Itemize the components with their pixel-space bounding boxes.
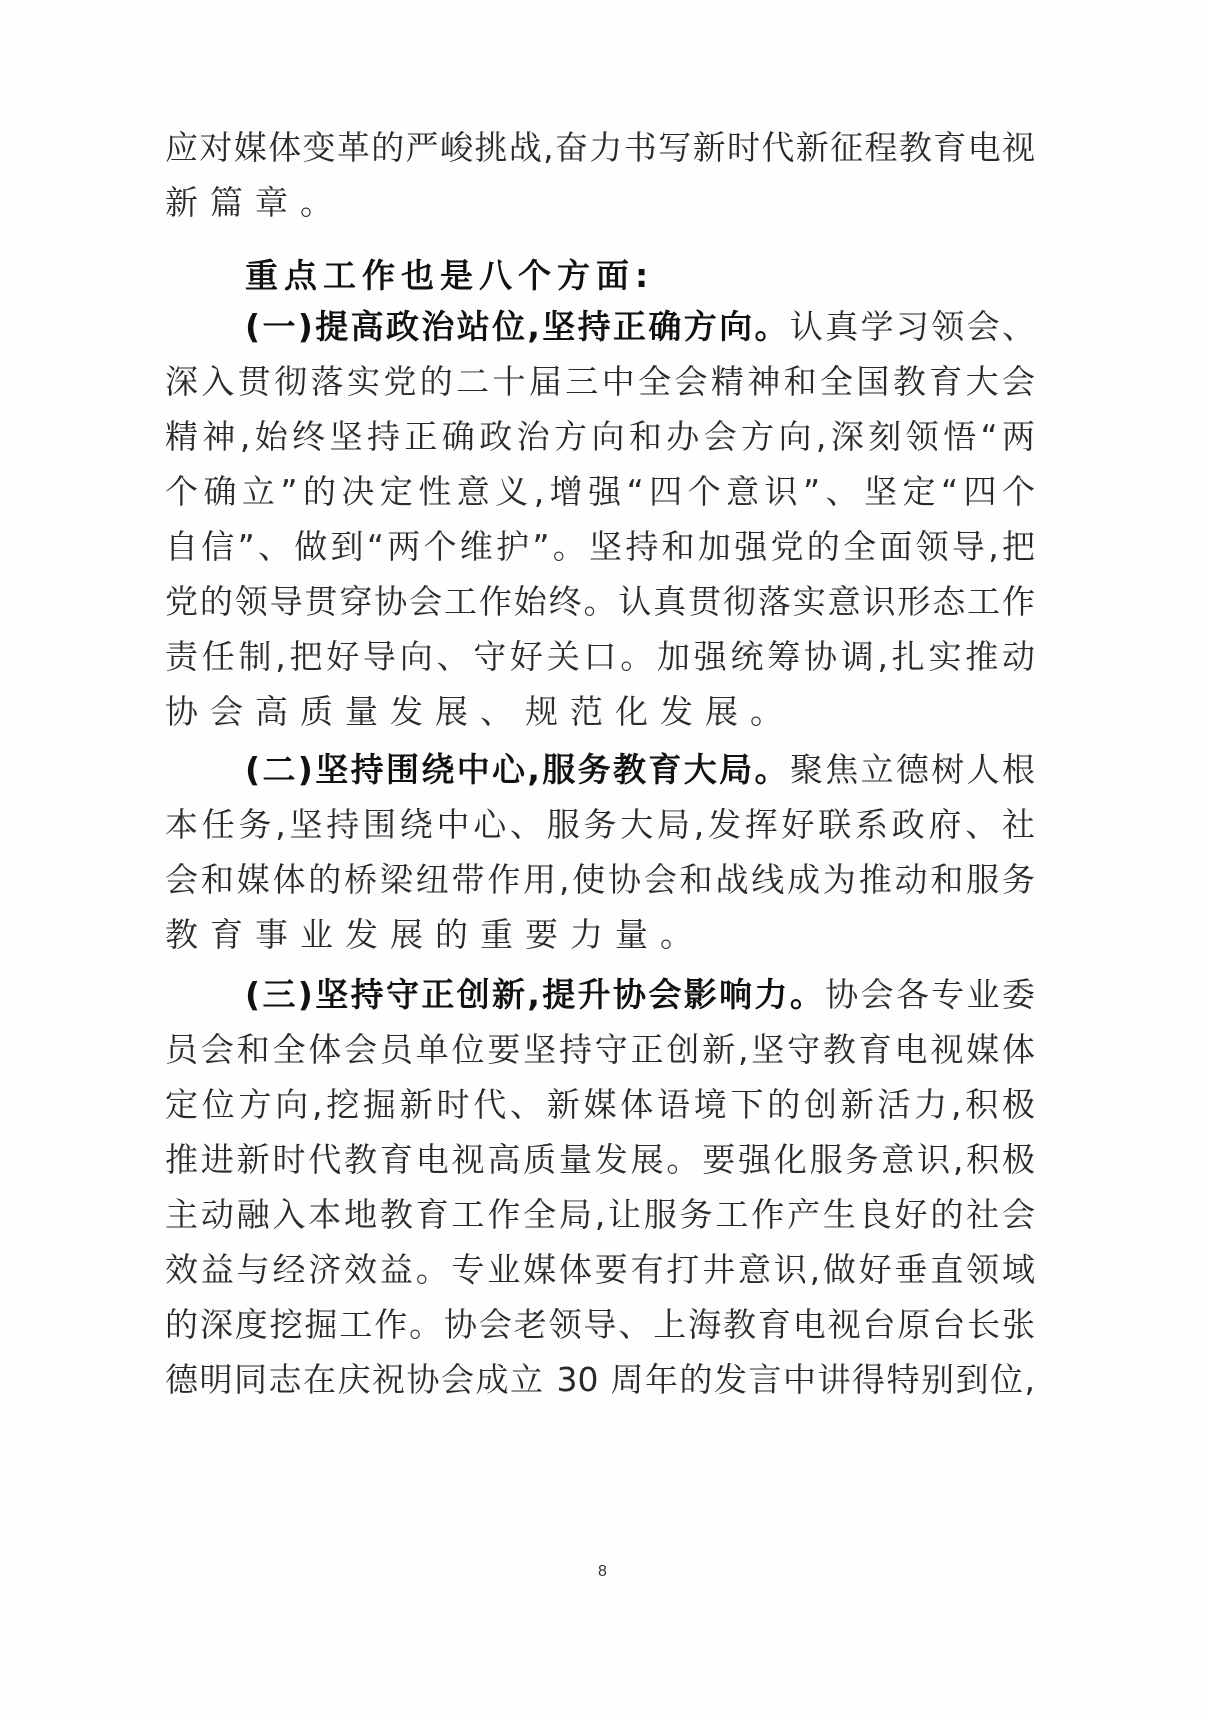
section-3-first-line: (三)坚持守正创新,提升协会影响力。协会各专业委 bbox=[245, 973, 1035, 1017]
body-line: 应对媒体变革的严峻挑战,奋力书写新时代新征程教育电视 bbox=[165, 126, 1035, 170]
body-line: 深入贯彻落实党的二十届三中全会精神和全国教育大会 bbox=[165, 360, 1035, 404]
section-2-title: (二)坚持围绕中心,服务教育大局。 bbox=[245, 750, 790, 789]
body-line: 党的领导贯穿协会工作始终。认真贯彻落实意识形态工作 bbox=[165, 580, 1035, 624]
body-line: 主动融入本地教育工作全局,让服务工作产生良好的社会 bbox=[165, 1193, 1035, 1237]
page-number: 8 bbox=[0, 1563, 1205, 1581]
body-line: 的深度挖掘工作。协会老领导、上海教育电视台原台长张 bbox=[165, 1303, 1035, 1347]
body-line: 个确立”的决定性意义,增强“四个意识”、坚定“四个 bbox=[165, 470, 1035, 514]
section-2-first-text: 聚焦立德树人根 bbox=[790, 750, 1035, 789]
body-line: 新篇章。 bbox=[165, 181, 1035, 225]
section-heading: 重点工作也是八个方面: bbox=[245, 254, 654, 298]
body-line: 效益与经济效益。专业媒体要有打井意识,做好垂直领域 bbox=[165, 1248, 1035, 1292]
body-line: 会和媒体的桥梁纽带作用,使协会和战线成为推动和服务 bbox=[165, 858, 1035, 902]
body-line: 精神,始终坚持正确政治方向和办会方向,深刻领悟“两 bbox=[165, 415, 1035, 459]
section-3-first-text: 协会各专业委 bbox=[825, 975, 1035, 1014]
body-line: 协会高质量发展、规范化发展。 bbox=[165, 690, 1035, 734]
body-line: 定位方向,挖掘新时代、新媒体语境下的创新活力,积极 bbox=[165, 1083, 1035, 1127]
section-1-first-text: 认真学习领会、 bbox=[790, 307, 1035, 346]
body-line: 员会和全体会员单位要坚持守正创新,坚守教育电视媒体 bbox=[165, 1028, 1035, 1072]
body-line: 推进新时代教育电视高质量发展。要强化服务意识,积极 bbox=[165, 1138, 1035, 1182]
body-line: 本任务,坚持围绕中心、服务大局,发挥好联系政府、社 bbox=[165, 803, 1035, 847]
section-2-first-line: (二)坚持围绕中心,服务教育大局。聚焦立德树人根 bbox=[245, 748, 1035, 792]
body-line: 德明同志在庆祝协会成立 30 周年的发言中讲得特别到位, bbox=[165, 1358, 1035, 1402]
body-line: 自信”、做到“两个维护”。坚持和加强党的全面领导,把 bbox=[165, 525, 1035, 569]
document-page: 应对媒体变革的严峻挑战,奋力书写新时代新征程教育电视 新篇章。 重点工作也是八个… bbox=[0, 0, 1205, 1718]
body-line: 责任制,把好导向、守好关口。加强统筹协调,扎实推动 bbox=[165, 635, 1035, 679]
section-1-first-line: (一)提高政治站位,坚持正确方向。认真学习领会、 bbox=[245, 305, 1035, 349]
section-1-title: (一)提高政治站位,坚持正确方向。 bbox=[245, 307, 790, 346]
section-3-title: (三)坚持守正创新,提升协会影响力。 bbox=[245, 975, 825, 1014]
body-line: 教育事业发展的重要力量。 bbox=[165, 913, 1035, 957]
